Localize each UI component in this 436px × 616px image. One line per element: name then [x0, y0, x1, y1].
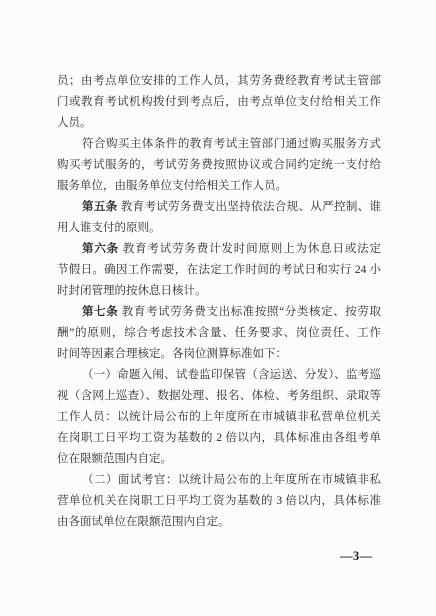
text-line: 第六条 教育考试劳务费计发时间原则上为休息日或法定	[57, 239, 381, 260]
text-line: 由各面试单位在限额范围内自定。	[57, 512, 381, 533]
document-page: 员；由考点单位安排的工作人员，其劳务费经教育考试主管部门或教育考试机构拨付到考点…	[0, 0, 436, 616]
text-line: 服务单位，由服务单位支付给相关工作人员。	[57, 176, 381, 197]
line-text: 教育考试劳务费支出坚持依法合规、从严控制、谁	[118, 201, 381, 213]
text-line: 在岗职工日平均工资为基数的 2 倍以内，具体标准由各组考单	[57, 428, 381, 449]
text-line: 时封闭管理的按休息日核计。	[57, 281, 381, 302]
text-block: 员；由考点单位安排的工作人员，其劳务费经教育考试主管部门或教育考试机构拨付到考点…	[57, 71, 381, 533]
line-text: 视（含网上巡查）、数据处理、报名、体检、考务组织、录取等	[57, 390, 381, 402]
article-number: 第五条	[82, 201, 118, 213]
text-line: 位在限额范围内自定。	[57, 449, 381, 470]
line-text: 时间等因素合理核定。各岗位测算标准如下：	[57, 348, 287, 360]
line-text: （二）面试考官：以统计局公布的上年度所在市城镇非私	[82, 474, 381, 486]
line-text: 时封闭管理的按休息日核计。	[57, 285, 207, 297]
line-text: 酬”的原则，综合考虑技术含量、任务要求、岗位责任、工作	[57, 327, 381, 339]
text-line: （一）命题入闱、试卷监印保管（含运送、分发）、监考巡	[57, 365, 381, 386]
line-text: （一）命题入闱、试卷监印保管（含运送、分发）、监考巡	[82, 369, 381, 381]
line-text: 在岗职工日平均工资为基数的 2 倍以内，具体标准由各组考单	[57, 432, 381, 444]
line-text: 符合购买主体条件的教育考试主管部门通过购买服务方式	[82, 138, 381, 150]
text-line: 视（含网上巡查）、数据处理、报名、体检、考务组织、录取等	[57, 386, 381, 407]
text-line: 酬”的原则，综合考虑技术含量、任务要求、岗位责任、工作	[57, 323, 381, 344]
line-text: 购买考试服务的，考试劳务费按照协议或合同约定统一支付给	[57, 159, 381, 171]
text-line: 第五条 教育考试劳务费支出坚持依法合规、从严控制、谁	[57, 197, 381, 218]
line-text: 服务单位，由服务单位支付给相关工作人员。	[57, 180, 287, 192]
text-line: 人员。	[57, 113, 381, 134]
line-text: 营单位机关在岗职工日平均工资为基数的 3 倍以内，具体标准	[57, 495, 381, 507]
line-text: 教育考试劳务费计发时间原则上为休息日或法定	[119, 243, 381, 255]
line-text: 门或教育考试机构拨付到考点后，由考点单位支付给相关工作	[57, 96, 381, 108]
text-line: 员；由考点单位安排的工作人员，其劳务费经教育考试主管部	[57, 71, 381, 92]
text-line: 门或教育考试机构拨付到考点后，由考点单位支付给相关工作	[57, 92, 381, 113]
text-line: 用人谁支付的原则。	[57, 218, 381, 239]
text-line: （二）面试考官：以统计局公布的上年度所在市城镇非私	[57, 470, 381, 491]
line-text: 节假日。确因工作需要，在法定工作时间的考试日和实行 24 小	[57, 264, 381, 276]
text-line: 营单位机关在岗职工日平均工资为基数的 3 倍以内，具体标准	[57, 491, 381, 512]
text-line: 第七条 教育考试劳务费支出标准按照“分类核定、按劳取	[57, 302, 381, 323]
line-text: 由各面试单位在限额范围内自定。	[57, 516, 230, 528]
text-line: 时间等因素合理核定。各岗位测算标准如下：	[57, 344, 381, 365]
line-text: 用人谁支付的原则。	[57, 222, 161, 234]
page-number: —3—	[340, 549, 373, 564]
line-text: 教育考试劳务费支出标准按照“分类核定、按劳取	[118, 306, 381, 318]
text-line: 节假日。确因工作需要，在法定工作时间的考试日和实行 24 小	[57, 260, 381, 281]
line-text: 位在限额范围内自定。	[57, 453, 172, 465]
line-text: 工作人员：以统计局公布的上年度所在市城镇非私营单位机关	[57, 411, 381, 423]
line-text: 人员。	[57, 117, 92, 129]
article-number: 第七条	[82, 306, 118, 318]
article-number: 第六条	[82, 243, 119, 255]
line-text: 员；由考点单位安排的工作人员，其劳务费经教育考试主管部	[57, 75, 381, 87]
text-line: 符合购买主体条件的教育考试主管部门通过购买服务方式	[57, 134, 381, 155]
text-line: 购买考试服务的，考试劳务费按照协议或合同约定统一支付给	[57, 155, 381, 176]
text-line: 工作人员：以统计局公布的上年度所在市城镇非私营单位机关	[57, 407, 381, 428]
